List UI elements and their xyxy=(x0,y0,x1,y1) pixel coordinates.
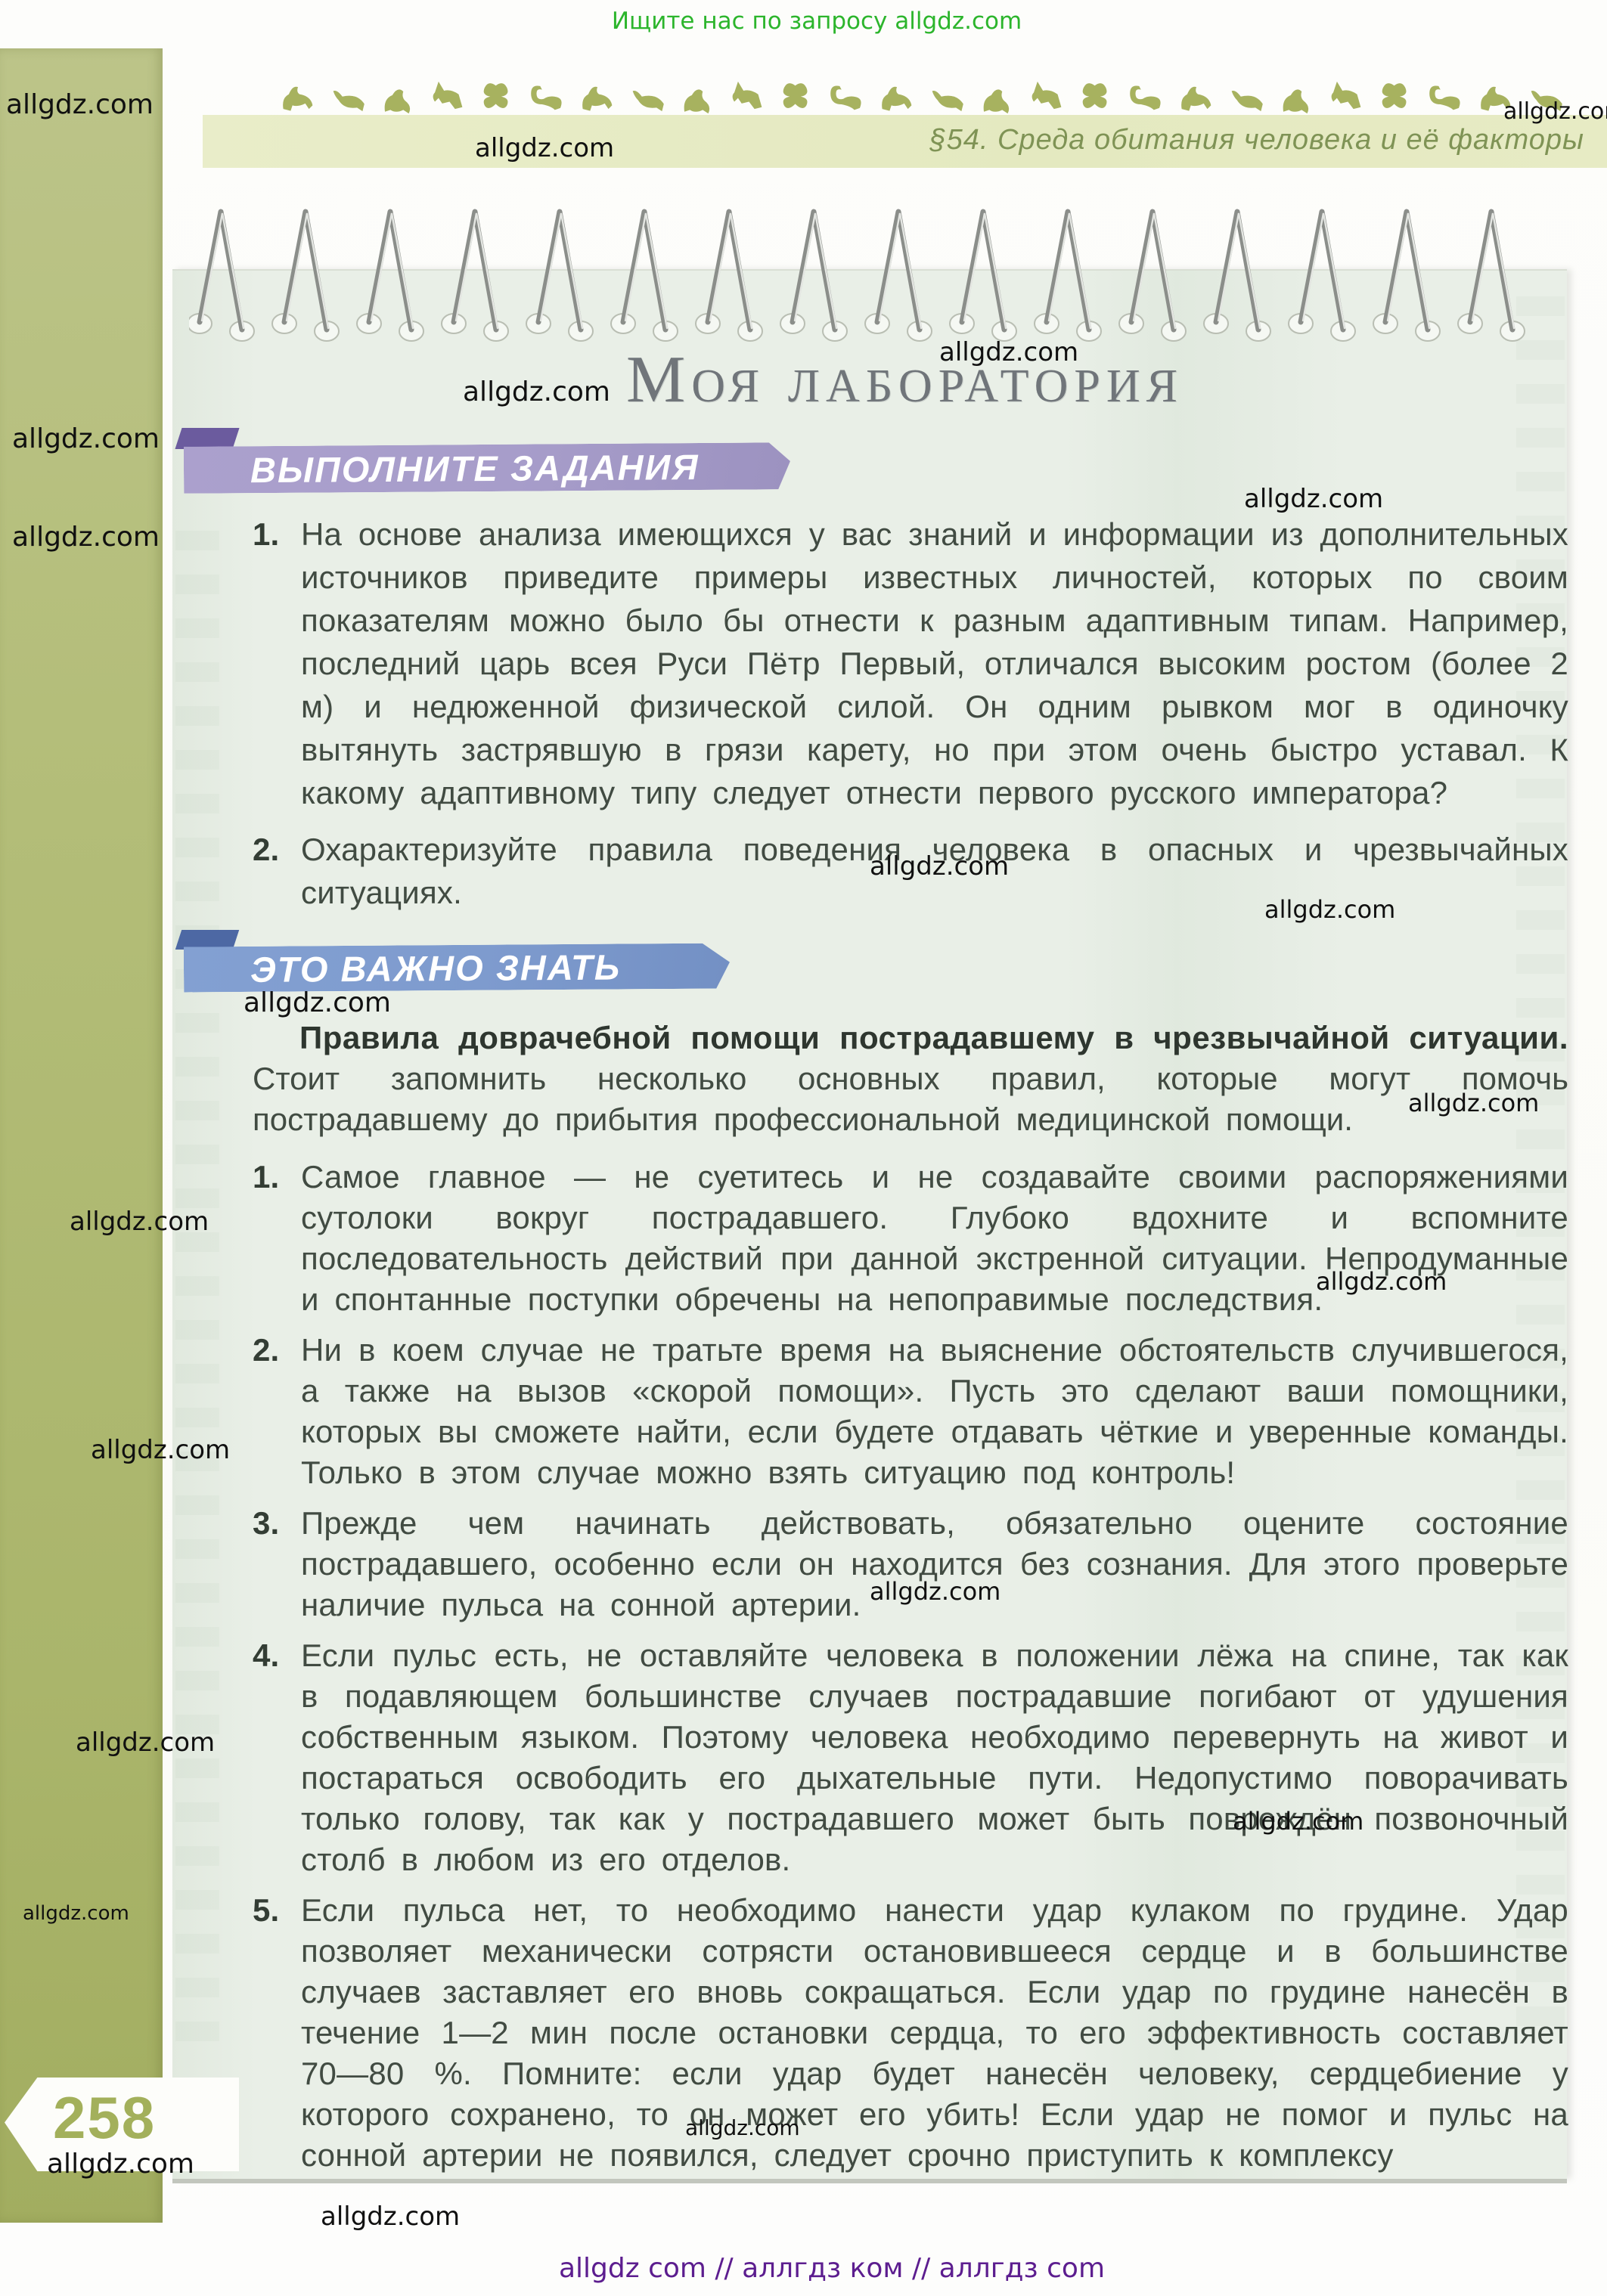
allgdz-watermark: allgdz.com xyxy=(1503,98,1607,125)
animal-silhouette-icon xyxy=(528,82,567,115)
know-banner: ЭТО ВАЖНО ЗНАТЬ xyxy=(184,943,730,992)
spiral-ring xyxy=(865,212,932,341)
animal-silhouette-icon xyxy=(1426,82,1466,115)
first-aid-intro-lead: Правила доврачебной помощи пострадавшему… xyxy=(299,1020,1568,1055)
allgdz-watermark: allgdz.com xyxy=(12,522,160,553)
first-aid-intro-rest: Стоит запомнить несколько основных прави… xyxy=(253,1061,1568,1137)
scanned-textbook-page: Ищите нас по запросу allgdz.com §54. Сре… xyxy=(0,0,1607,2296)
animal-silhouette-icon xyxy=(278,78,318,113)
animal-silhouette-icon xyxy=(428,78,467,113)
list-item: 3.Прежде чем начинать действовать, обяза… xyxy=(253,1503,1568,1625)
list-item-number: 1. xyxy=(253,1157,279,1198)
spiral-ring xyxy=(780,212,847,341)
animal-silhouette-icon xyxy=(877,78,917,113)
animal-silhouette-icon xyxy=(1227,80,1266,115)
animal-silhouette-icon xyxy=(977,82,1016,115)
animal-silhouette-icon xyxy=(927,80,966,115)
first-aid-intro: Правила доврачебной помощи пострадавшему… xyxy=(253,1018,1568,1140)
list-item-text: Если пульс есть, не оставляйте человека … xyxy=(301,1638,1568,1877)
list-item-text: На основе анализа имеющихся у вас знаний… xyxy=(301,516,1568,810)
allgdz-watermark: allgdz.com xyxy=(12,423,160,454)
list-item-number: 2. xyxy=(253,828,279,871)
animal-silhouette-icon xyxy=(827,82,867,115)
allgdz-watermark: allgdz.com xyxy=(1244,484,1383,514)
allgdz-watermark: allgdz.com xyxy=(6,89,154,120)
animal-silhouette-icon xyxy=(727,78,767,113)
animal-silhouette-icon xyxy=(1027,78,1066,113)
animal-silhouette-icon xyxy=(378,82,417,115)
animal-silhouettes-frieze xyxy=(278,67,1607,115)
spiral-ring xyxy=(1458,212,1525,341)
spiral-ring xyxy=(1289,212,1355,341)
spiral-ring xyxy=(1119,212,1186,341)
animal-silhouette-icon xyxy=(1177,78,1216,113)
list-item-text: Ни в коем случае не тратьте время на выя… xyxy=(301,1332,1568,1490)
allgdz-watermark: allgdz.com xyxy=(685,2115,800,2140)
list-item: 5.Если пульса нет, то необходимо нанести… xyxy=(253,1890,1568,2176)
allgdz-watermark: allgdz.com xyxy=(244,987,391,1018)
spiral-binding xyxy=(189,201,1558,356)
list-item: 2.Ни в коем случае не тратьте время на в… xyxy=(253,1330,1568,1493)
allgdz-watermark: allgdz.com xyxy=(70,1207,209,1237)
animal-silhouette-icon xyxy=(1277,82,1316,115)
list-item-number: 5. xyxy=(253,1890,279,1931)
spiral-ring xyxy=(272,212,339,341)
list-item: 4.Если пульс есть, не оставляйте человек… xyxy=(253,1635,1568,1880)
allgdz-watermark: allgdz.com xyxy=(1264,895,1395,924)
list-item: 1.На основе анализа имеющихся у вас знан… xyxy=(253,513,1568,814)
allgdz-watermark: allgdz.com xyxy=(76,1727,215,1758)
allgdz-watermark: allgdz.com xyxy=(475,133,614,163)
animal-silhouette-icon xyxy=(678,82,717,115)
allgdz-watermark: allgdz.com xyxy=(91,1435,230,1465)
animal-silhouette-icon xyxy=(1326,78,1366,113)
allgdz-watermark: allgdz.com xyxy=(1408,1089,1539,1117)
first-aid-rules-list: 1.Самое главное — не суетитесь и не созд… xyxy=(253,1157,1568,2186)
list-item-text: Если пульса нет, то необходимо нанести у… xyxy=(301,1892,1568,2173)
allgdz-watermark: allgdz.com xyxy=(870,1577,1000,1606)
spiral-ring xyxy=(1035,212,1101,341)
allgdz-watermark: allgdz.com xyxy=(1233,1807,1363,1836)
list-item-number: 4. xyxy=(253,1635,279,1676)
allgdz-watermark: allgdz.com xyxy=(870,851,1009,882)
animal-silhouette-icon xyxy=(1077,80,1116,115)
animal-silhouette-icon xyxy=(578,78,617,113)
section-header-band: §54. Среда обитания человека и её фактор… xyxy=(203,115,1607,168)
section-title: §54. Среда обитания человека и её фактор… xyxy=(930,124,1585,156)
list-item-number: 1. xyxy=(253,513,279,556)
allgdz-watermark: allgdz.com xyxy=(463,376,610,407)
allgdz-watermark: allgdz.com xyxy=(1316,1267,1447,1296)
list-item-number: 3. xyxy=(253,1503,279,1544)
allgdz-watermark: allgdz.com xyxy=(47,2149,194,2180)
animal-silhouette-icon xyxy=(1127,82,1166,115)
animal-silhouette-icon xyxy=(478,80,517,115)
spiral-ring xyxy=(1373,212,1440,341)
footer-watermark-line: allgdz com // аллгдз ком // аллгдз com xyxy=(529,2253,1134,2284)
page-number: 258 xyxy=(53,2084,174,2152)
spiral-ring xyxy=(442,212,508,341)
tasks-banner-fold xyxy=(175,428,239,449)
allgdz-watermark: allgdz.com xyxy=(321,2201,460,2232)
spiral-ring xyxy=(950,212,1016,341)
allgdz-watermark: allgdz.com xyxy=(939,337,1078,367)
spiral-ring xyxy=(526,212,593,341)
promo-line: Ищите нас по запросу allgdz.com xyxy=(590,8,1044,35)
tasks-banner: ВЫПОЛНИТЕ ЗАДАНИЯ xyxy=(184,442,790,494)
spiral-ring xyxy=(611,212,678,341)
animal-silhouette-icon xyxy=(1376,80,1416,115)
spiral-ring xyxy=(357,212,423,341)
list-item-number: 2. xyxy=(253,1330,279,1371)
sidebar-strip xyxy=(0,48,163,2223)
animal-silhouette-icon xyxy=(328,80,368,115)
allgdz-watermark: allgdz.com xyxy=(23,1902,129,1925)
animal-silhouette-icon xyxy=(628,80,667,115)
spiral-ring xyxy=(696,212,762,341)
animal-silhouette-icon xyxy=(777,80,817,115)
spiral-ring xyxy=(1204,212,1270,341)
spiral-ring xyxy=(189,212,254,341)
